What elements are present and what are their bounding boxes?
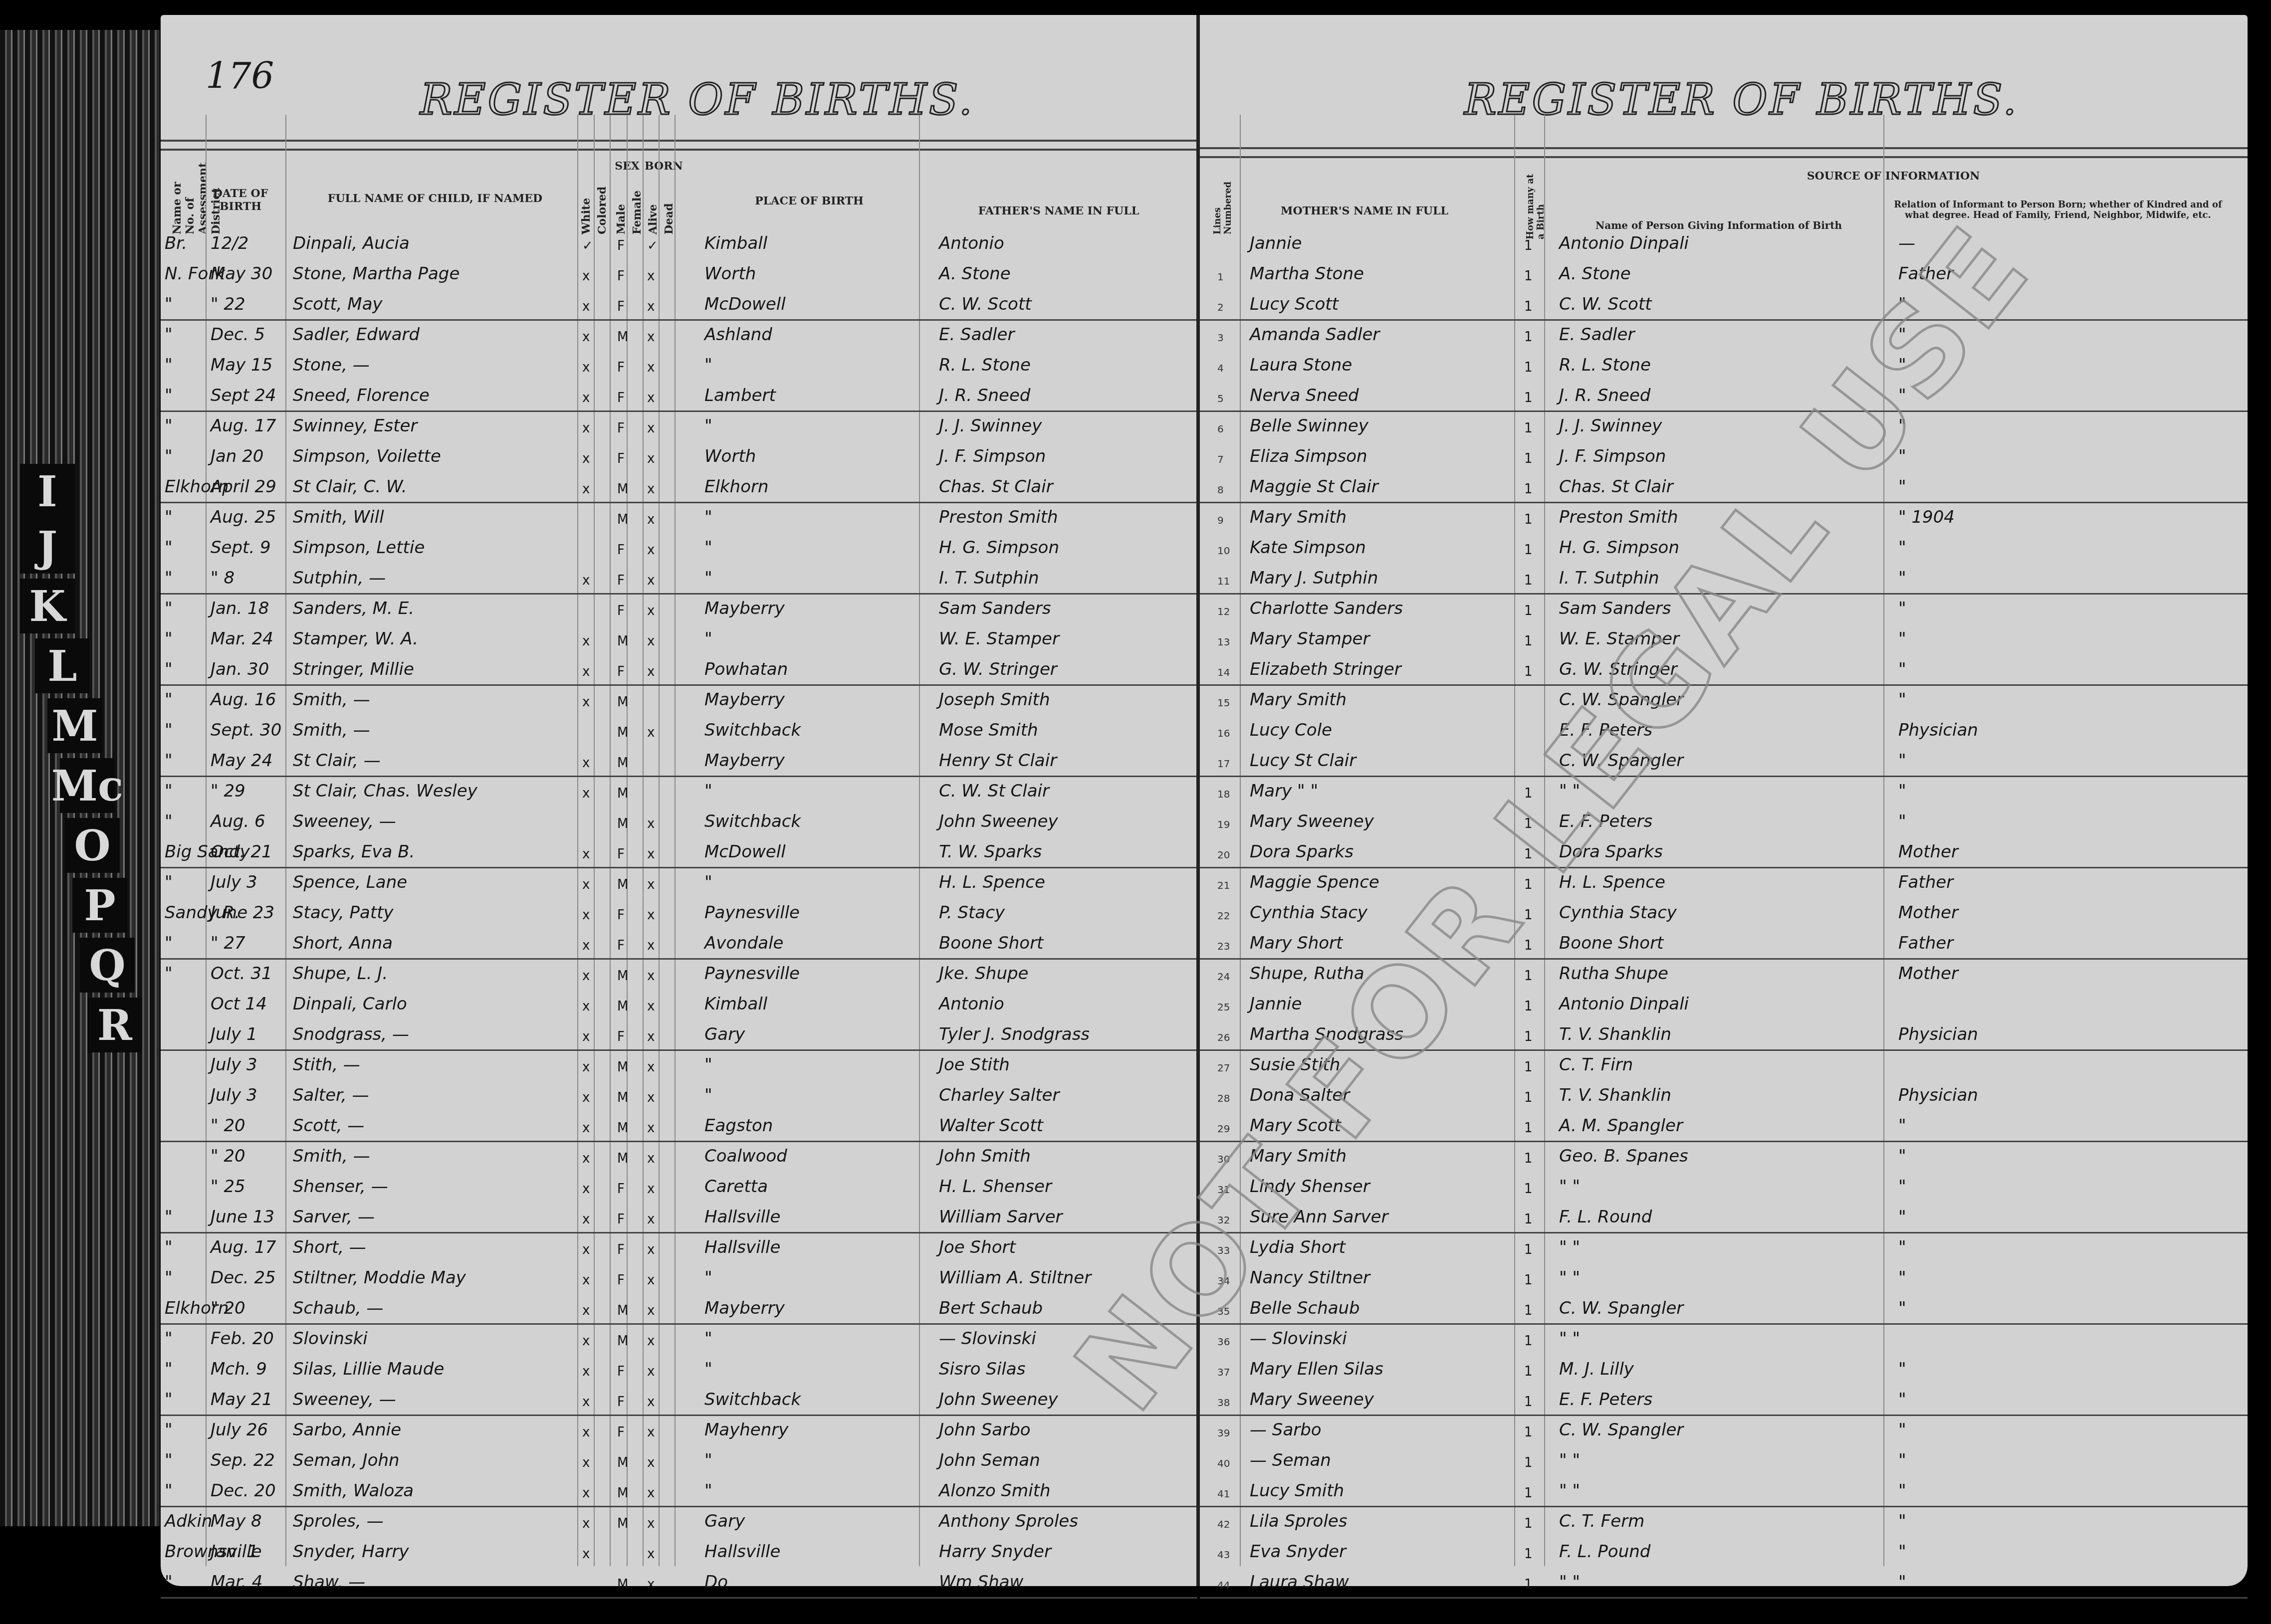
count-cell: 1 [1524, 360, 1533, 375]
col-howmany-header: How many at a Birth [1525, 170, 1546, 239]
sex-mark: M [617, 725, 628, 740]
line-number: 43 [1217, 1549, 1230, 1561]
table-row: 37Mary Ellen Silas1M. J. Lilly" [1200, 1355, 2248, 1386]
alive-mark: x [647, 1395, 655, 1410]
index-tab[interactable]: L [35, 638, 90, 693]
father-cell: William Sarver [939, 1207, 1063, 1227]
mother-cell: Eva Snyder [1250, 1542, 1346, 1562]
mother-cell: Nerva Sneed [1250, 386, 1359, 406]
sex-mark: M [617, 1455, 628, 1470]
informant-cell: " " [1559, 1481, 1580, 1501]
district-cell: " [165, 325, 173, 345]
informant-cell: J. F. Simpson [1559, 446, 1666, 466]
relation-cell: Father [1898, 872, 1953, 892]
alive-mark: x [647, 421, 655, 436]
place-cell: Paynesville [704, 903, 800, 923]
header-rule [1200, 147, 2248, 158]
alive-mark: x [647, 1425, 655, 1440]
child-name-cell: Dinpali, Aucia [293, 233, 410, 253]
place-cell: Eagston [704, 1116, 773, 1136]
table-row: "July 26Sarbo, AnniexFxMayhenryJohn Sarb… [161, 1416, 1197, 1447]
line-number: 8 [1217, 484, 1224, 496]
father-cell: Charley Salter [939, 1085, 1060, 1105]
informant-cell: Cynthia Stacy [1559, 903, 1677, 923]
table-row: "May 21Sweeney, —xFxSwitchbackJohn Sween… [161, 1386, 1197, 1417]
child-name-cell: Sparks, Eva B. [293, 842, 415, 862]
date-cell: Sep. 22 [211, 1450, 275, 1470]
white-mark: x [582, 969, 590, 984]
alive-mark: x [647, 604, 655, 618]
place-cell: Hallsville [704, 1207, 780, 1227]
alive-mark: x [647, 1212, 655, 1227]
white-mark: ✓ [582, 238, 593, 253]
table-row: Jannie1Antonio Dinpali— [1200, 229, 2248, 260]
sex-mark: M [617, 1516, 628, 1531]
alive-mark: x [647, 543, 655, 558]
date-cell: " 20 [211, 1298, 245, 1318]
line-number: 10 [1217, 545, 1230, 557]
table-row: "Aug. 25Smith, WillMx"Preston Smith [161, 503, 1197, 534]
district-cell: " [165, 964, 173, 984]
district-cell: Br. [165, 233, 187, 253]
date-cell: Mar. 24 [211, 629, 273, 649]
informant-cell: M. J. Lilly [1559, 1359, 1634, 1379]
white-mark: x [582, 1425, 590, 1440]
count-cell: 1 [1524, 1273, 1533, 1288]
sex-mark: M [617, 786, 628, 801]
father-cell: Walter Scott [939, 1116, 1043, 1136]
table-row: "Aug. 17Short, —xFxHallsvilleJoe Short [161, 1233, 1197, 1264]
relation-cell: " [1898, 599, 1906, 618]
relation-cell: Mother [1898, 964, 1958, 984]
child-name-cell: Stiltner, Moddie May [293, 1268, 466, 1288]
white-mark: x [582, 1060, 590, 1075]
sex-mark: F [617, 1242, 625, 1257]
mother-cell: Martha Stone [1250, 264, 1364, 284]
relation-cell: " [1898, 1481, 1906, 1501]
informant-cell: R. L. Stone [1559, 355, 1651, 375]
mother-cell: Maggie St Clair [1250, 477, 1378, 497]
table-row: 5Nerva Sneed1J. R. Sneed" [1200, 382, 2248, 412]
father-cell: P. Stacy [939, 903, 1005, 923]
table-row: "Dec. 25Stiltner, Moddie MayxFx"William … [161, 1264, 1197, 1295]
line-number: 26 [1217, 1031, 1230, 1043]
white-mark: x [582, 634, 590, 649]
col-white-header: White [580, 180, 593, 234]
father-cell: E. Sadler [939, 325, 1014, 345]
count-cell: 1 [1524, 1334, 1533, 1349]
father-cell: Anthony Sproles [939, 1511, 1078, 1531]
alive-mark: x [647, 512, 655, 527]
date-cell: " 8 [211, 568, 234, 588]
index-tab[interactable]: I [20, 464, 75, 519]
sex-mark: F [617, 1212, 625, 1227]
table-row: "Aug. 17Swinney, EsterxFx"J. J. Swinney [161, 412, 1197, 443]
sex-mark: M [617, 1060, 628, 1075]
district-cell: " [165, 507, 173, 527]
father-cell: Antonio [939, 994, 1004, 1014]
date-cell: " 20 [211, 1146, 245, 1166]
father-cell: Jke. Shupe [939, 964, 1028, 984]
table-row: "Jan 20Simpson, VoilettexFxWorthJ. F. Si… [161, 442, 1197, 473]
place-cell: Kimball [704, 233, 767, 253]
line-number: 5 [1217, 393, 1224, 405]
line-number: 42 [1217, 1518, 1230, 1530]
alive-mark: x [647, 877, 655, 892]
table-row: 2Lucy Scott1C. W. Scott" [1200, 290, 2248, 321]
table-row: 16Lucy ColeE. F. PetersPhysician [1200, 716, 2248, 747]
place-cell: Hallsville [704, 1542, 780, 1562]
date-cell: Jan 20 [211, 446, 263, 466]
father-cell: Preston Smith [939, 507, 1058, 527]
informant-cell: C. T. Firn [1559, 1055, 1633, 1075]
district-cell: Adkin [165, 1511, 213, 1531]
date-cell: May 8 [211, 1511, 262, 1531]
sex-mark: F [617, 1182, 625, 1197]
child-name-cell: Sarbo, Annie [293, 1420, 401, 1440]
relation-cell: Physician [1898, 720, 1978, 740]
father-cell: Sisro Silas [939, 1359, 1025, 1379]
index-tab[interactable]: Q [80, 938, 135, 993]
sex-mark: F [617, 391, 625, 406]
line-number: 21 [1217, 879, 1230, 891]
mother-cell: Lucy Smith [1250, 1481, 1344, 1501]
white-mark: x [582, 299, 590, 314]
district-cell: " [165, 294, 173, 314]
col-date-header: Date of Birth [208, 187, 273, 213]
place-cell: Switchback [704, 812, 801, 831]
sex-mark: M [617, 695, 628, 710]
date-cell: " 29 [211, 781, 245, 801]
line-number: 14 [1217, 666, 1230, 678]
alive-mark: x [647, 330, 655, 345]
index-tab[interactable]: P [72, 878, 127, 933]
district-cell: " [165, 720, 173, 740]
line-number: 13 [1217, 636, 1230, 648]
child-name-cell: Stamper, W. A. [293, 629, 418, 649]
district-cell: " [165, 872, 173, 892]
father-cell: A. Stone [939, 264, 1011, 284]
relation-cell: " [1898, 568, 1906, 588]
line-number: 41 [1217, 1488, 1230, 1500]
place-cell: " [704, 1450, 712, 1470]
count-cell: 1 [1524, 1090, 1533, 1105]
informant-cell: Rutha Shupe [1559, 964, 1668, 984]
count-cell: 1 [1524, 512, 1533, 527]
count-cell: 1 [1524, 1151, 1533, 1166]
sex-mark: F [617, 1395, 625, 1410]
informant-cell: J. R. Sneed [1559, 386, 1650, 406]
child-name-cell: Sutphin, — [293, 568, 386, 588]
mother-cell: Laura Shaw [1250, 1572, 1349, 1592]
alive-mark: x [647, 1090, 655, 1105]
relation-cell: " [1898, 1450, 1906, 1470]
place-cell: Kimball [704, 994, 767, 1014]
col-place-header: Place of Birth [709, 195, 909, 207]
place-cell: " [704, 538, 712, 558]
index-tab[interactable]: O [65, 818, 120, 873]
date-cell: Sept 24 [211, 386, 276, 406]
district-cell: " [165, 1237, 173, 1257]
date-cell: Aug. 17 [211, 416, 276, 436]
table-row: 21Maggie Spence1H. L. SpenceFather [1200, 868, 2248, 899]
table-row: 4Laura Stone1R. L. Stone" [1200, 351, 2248, 382]
table-row: "May 15Stone, —xFx"R. L. Stone [161, 351, 1197, 382]
district-cell: " [165, 1572, 173, 1592]
table-row: "Dec. 20Smith, WalozaxMx"Alonzo Smith [161, 1477, 1197, 1508]
relation-cell: Physician [1898, 1085, 1978, 1105]
col-female-header: Female [631, 180, 644, 234]
father-cell: I. T. Sutphin [939, 568, 1039, 588]
count-cell: 1 [1524, 1395, 1533, 1410]
father-cell: J. R. Sneed [939, 386, 1030, 406]
alive-mark: x [647, 1273, 655, 1288]
line-number: 6 [1217, 423, 1224, 435]
date-cell: Jan. 30 [211, 659, 269, 679]
white-mark: x [582, 573, 590, 588]
place-cell: Coalwood [704, 1146, 787, 1166]
white-mark: x [582, 1212, 590, 1227]
relation-cell: " [1898, 1542, 1906, 1562]
table-row: "Jan. 30Stringer, MilliexFxPowhatanG. W.… [161, 655, 1197, 686]
date-cell: Oct. 31 [211, 964, 272, 984]
table-row: "" 22Scott, MayxFxMcDowellC. W. Scott [161, 290, 1197, 321]
child-name-cell: Sanders, M. E. [293, 599, 414, 618]
relation-cell: " [1898, 1268, 1906, 1288]
white-mark: x [582, 1029, 590, 1044]
informant-cell: Boone Short [1559, 933, 1663, 953]
line-number: 3 [1217, 332, 1224, 344]
mother-cell: Mary Smith [1250, 507, 1347, 527]
place-cell: " [704, 781, 712, 801]
white-mark: x [582, 695, 590, 710]
index-tab[interactable]: Mc [60, 758, 115, 813]
index-tab[interactable]: J [20, 519, 75, 574]
district-cell: " [165, 751, 173, 771]
district-cell: " [165, 416, 173, 436]
mother-cell: Lila Sproles [1250, 1511, 1348, 1531]
table-row: " 25Shenser, —xFxCarettaH. L. Shenser [161, 1173, 1197, 1204]
col-lines-header: Lines Numbered [1212, 180, 1233, 234]
father-cell: H. L. Spence [939, 872, 1045, 892]
alive-mark: x [647, 847, 655, 862]
mother-cell: — Slovinski [1250, 1329, 1347, 1349]
place-cell: Gary [704, 1024, 745, 1044]
child-name-cell: Short, — [293, 1237, 366, 1257]
table-row: 6Belle Swinney1J. J. Swinney" [1200, 412, 2248, 443]
count-cell: 1 [1524, 634, 1533, 649]
table-row: 40— Seman1" "" [1200, 1446, 2248, 1477]
alive-mark: x [647, 360, 655, 375]
sex-mark: F [617, 1273, 625, 1288]
sex-mark: M [617, 512, 628, 527]
table-row: 1Martha Stone1A. StoneFather [1200, 260, 2248, 291]
sex-mark: F [617, 360, 625, 375]
alive-mark: ✓ [647, 238, 658, 253]
table-row: 43Eva Snyder1F. L. Pound" [1200, 1538, 2248, 1569]
mother-cell: — Sarbo [1250, 1420, 1322, 1440]
informant-cell: Antonio Dinpali [1559, 233, 1689, 253]
count-cell: 1 [1524, 1455, 1533, 1470]
sex-mark: M [617, 999, 628, 1014]
table-row: "" 27Short, AnnaxFxAvondaleBoone Short [161, 929, 1197, 960]
mother-cell: Kate Simpson [1250, 538, 1366, 558]
line-number: 23 [1217, 940, 1230, 952]
table-row: 32Sure Ann Sarver1F. L. Round" [1200, 1203, 2248, 1234]
district-cell: " [165, 629, 173, 649]
table-row: 44Laura Shaw1" "" [1200, 1568, 2248, 1599]
table-row: ElkhornApril 29St Clair, C. W.xMxElkhorn… [161, 473, 1197, 504]
sex-mark: M [617, 1151, 628, 1166]
mother-cell: — Seman [1250, 1450, 1331, 1470]
informant-cell: A. Stone [1559, 264, 1631, 284]
informant-cell: E. F. Peters [1559, 1390, 1652, 1410]
table-row: 39— Sarbo1C. W. Spangler" [1200, 1416, 2248, 1447]
white-mark: x [582, 360, 590, 375]
informant-cell: C. W. Scott [1559, 294, 1652, 314]
informant-cell: T. V. Shanklin [1559, 1085, 1671, 1105]
child-name-cell: Scott, May [293, 294, 383, 314]
index-tab[interactable]: K [20, 579, 75, 633]
line-number: 38 [1217, 1397, 1230, 1409]
count-cell: 1 [1524, 1577, 1533, 1592]
count-cell: 1 [1524, 1182, 1533, 1197]
date-cell: June 13 [211, 1207, 274, 1227]
relation-cell: " [1898, 781, 1906, 801]
informant-cell: " " [1559, 1450, 1580, 1470]
informant-cell: H. G. Simpson [1559, 538, 1679, 558]
count-cell: 1 [1524, 1303, 1533, 1318]
place-cell: Gary [704, 1511, 745, 1531]
father-cell: John Sarbo [939, 1420, 1031, 1440]
father-cell: J. J. Swinney [939, 416, 1042, 436]
relation-cell: Mother [1898, 903, 1958, 923]
place-cell: Ashland [704, 325, 772, 345]
line-number: 9 [1217, 514, 1224, 526]
district-cell: " [165, 812, 173, 831]
col-alive-header: Alive [647, 185, 660, 234]
father-cell: H. G. Simpson [939, 538, 1059, 558]
father-cell: John Sweeney [939, 812, 1058, 831]
white-mark: x [582, 1516, 590, 1531]
table-row: BrownsvilleJan. 1Snyder, HarryxxHallsvil… [161, 1538, 1197, 1569]
alive-mark: x [647, 725, 655, 740]
count-cell: 1 [1524, 238, 1533, 253]
sex-mark: F [617, 604, 625, 618]
line-number: 19 [1217, 818, 1230, 830]
date-cell: May 24 [211, 751, 272, 771]
place-cell: " [704, 568, 712, 588]
count-cell: 1 [1524, 1029, 1533, 1044]
white-mark: x [582, 908, 590, 923]
alive-mark: x [647, 999, 655, 1014]
place-cell: " [704, 1359, 712, 1379]
alive-mark: x [647, 1060, 655, 1075]
sex-mark: M [617, 1486, 628, 1501]
page-number: 176 [206, 55, 274, 97]
place-cell: " [704, 629, 712, 649]
count-cell: 1 [1524, 573, 1533, 588]
row-rule [1200, 1597, 2248, 1599]
informant-cell: " " [1559, 1177, 1580, 1197]
table-row: "Feb. 20SlovinskixMx"— Slovinski [161, 1325, 1197, 1356]
child-name-cell: Snodgrass, — [293, 1024, 409, 1044]
place-cell: " [704, 872, 712, 892]
father-cell: Bert Schaub [939, 1298, 1043, 1318]
date-cell: " 27 [211, 933, 245, 953]
header-rule [161, 140, 1197, 151]
relation-cell: Physician [1898, 1024, 1978, 1044]
white-mark: x [582, 1090, 590, 1105]
white-mark: x [582, 421, 590, 436]
father-cell: Wm Shaw [939, 1572, 1023, 1592]
child-name-cell: Shenser, — [293, 1177, 388, 1197]
informant-cell: C. T. Ferm [1559, 1511, 1644, 1531]
line-number: 17 [1217, 758, 1230, 770]
sex-mark: M [617, 1303, 628, 1318]
father-cell: Henry St Clair [939, 751, 1057, 771]
place-cell: Lambert [704, 386, 776, 406]
father-cell: Joe Short [939, 1237, 1016, 1257]
sex-mark: F [617, 908, 625, 923]
table-row: 34Nancy Stiltner1" "" [1200, 1264, 2248, 1295]
place-cell: Switchback [704, 1390, 801, 1410]
relation-cell: Father [1898, 933, 1953, 953]
table-row: "" 29St Clair, Chas. WesleyxM"C. W. St C… [161, 777, 1197, 808]
mother-cell: Lucy Scott [1250, 294, 1339, 314]
table-row: "Aug. 16Smith, —xMMayberryJoseph Smith [161, 686, 1197, 717]
father-cell: C. W. Scott [939, 294, 1032, 314]
relation-cell: " [1898, 1116, 1906, 1136]
father-cell: Boone Short [939, 933, 1043, 953]
child-name-cell: Simpson, Voilette [293, 446, 441, 466]
white-mark: x [582, 1364, 590, 1379]
table-row: "" 8Sutphin, —xFx"I. T. Sutphin [161, 564, 1197, 595]
date-cell: Jan. 18 [211, 599, 269, 618]
mother-cell: Amanda Sadler [1250, 325, 1379, 345]
date-cell: Jan. 1 [211, 1542, 258, 1562]
father-cell: H. L. Shenser [939, 1177, 1052, 1197]
child-name-cell: Smith, — [293, 720, 370, 740]
child-name-cell: Stone, Martha Page [293, 264, 459, 284]
alive-mark: x [647, 1455, 655, 1470]
table-row: Br.12/2Dinpali, Aucia✓F✓KimballAntonio [161, 229, 1197, 260]
place-cell: Elkhorn [704, 477, 769, 497]
mother-cell: Mary J. Sutphin [1250, 568, 1378, 588]
line-number: 28 [1217, 1092, 1230, 1104]
sex-mark: F [617, 421, 625, 436]
white-mark: x [582, 877, 590, 892]
district-cell: " [165, 1268, 173, 1288]
alive-mark: x [647, 573, 655, 588]
alive-mark: x [647, 1516, 655, 1531]
table-row: 33Lydia Short1" "" [1200, 1233, 2248, 1264]
count-cell: 1 [1524, 1516, 1533, 1531]
table-row: "Sep. 22Seman, JohnxMx"John Seman [161, 1446, 1197, 1477]
relation-cell: " [1898, 1420, 1906, 1440]
line-number: 24 [1217, 971, 1230, 983]
mother-cell: Mary Sweeney [1250, 1390, 1374, 1410]
index-tab[interactable]: M [47, 698, 102, 753]
place-cell: Worth [704, 264, 756, 284]
table-row: "Oct. 31Shupe, L. J.xMxPaynesvilleJke. S… [161, 960, 1197, 991]
table-row: 36— Slovinski1" " [1200, 1325, 2248, 1356]
district-cell: " [165, 1359, 173, 1379]
place-cell: Hallsville [704, 1237, 780, 1257]
place-cell: Caretta [704, 1177, 768, 1197]
date-cell: Mch. 9 [211, 1359, 267, 1379]
index-tab[interactable]: R [87, 998, 142, 1052]
